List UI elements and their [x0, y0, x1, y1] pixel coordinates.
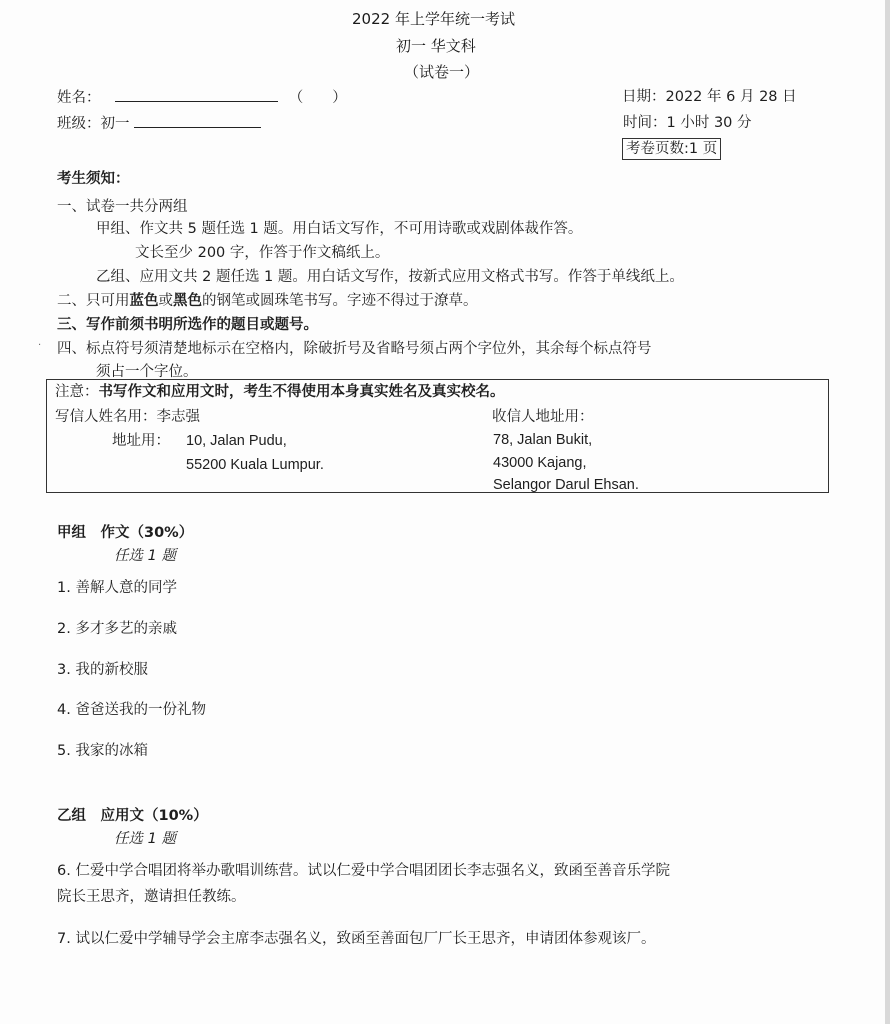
name-blank: [115, 87, 278, 102]
instruction-3: 三、写作前须书明所选作的题目或题号。: [57, 316, 318, 334]
essay-question-3: 3. 我的新校服: [57, 661, 148, 679]
letter-question-6: 6. 仁爱中学合唱团将举办歌唱训练营。试以仁爱中学合唱团团长李志强名义，致函至善…: [57, 862, 670, 880]
essay-question-2: 2. 多才多艺的亲戚: [57, 620, 177, 638]
section-b-title: 乙组 应用文（10%）: [57, 807, 208, 825]
instruction-2-prefix: 二、只可用: [57, 293, 130, 309]
recipient-address-label: 收信人地址用：: [492, 408, 594, 426]
letter-question-6-cont: 院长王思齐，邀请担任教练。: [57, 888, 246, 906]
letter-question-7: 7. 试以仁爱中学辅导学会主席李志强名义，致函至善面包厂厂长王思齐，申请团体参观…: [57, 930, 655, 948]
section-a-subtitle: 任选 1 题: [114, 547, 176, 565]
class-label: 班级：初一: [57, 116, 130, 132]
sender-name: 写信人姓名用：李志强: [55, 408, 200, 426]
instruction-2-suffix: 的钢笔或圆珠笔书写。字迹不得过于潦草。: [202, 293, 478, 309]
exam-date: 日期：2022 年 6 月 28 日: [622, 88, 797, 106]
sender-name-label: 写信人姓名用：: [55, 409, 157, 425]
exam-paper: 2022 年上学年统一考试 初一 华文科 （试卷一） 姓名： （ ） 班级：初一…: [0, 0, 885, 1024]
instruction-1: 一、试卷一共分两组: [57, 198, 188, 216]
exam-title: 2022 年上学年统一考试: [352, 8, 515, 29]
name-field: 姓名： （ ）: [57, 87, 347, 107]
instruction-1a-cont: 文长至少 200 字，作答于作文稿纸上。: [135, 244, 389, 262]
class-blank: [134, 113, 261, 128]
instructions-heading: 考生须知：: [57, 170, 130, 188]
section-b-subtitle: 任选 1 题: [114, 830, 176, 848]
instruction-2-black: 黑色: [173, 293, 202, 309]
class-field: 班级：初一: [57, 113, 261, 133]
instruction-2: 二、只可用蓝色或黑色的钢笔或圆珠笔书写。字迹不得过于潦草。: [57, 292, 478, 310]
exam-subject: 初一 华文科: [396, 35, 476, 56]
recipient-address-line2: 43000 Kajang,: [493, 454, 587, 472]
exam-duration: 时间：1 小时 30 分: [623, 114, 752, 132]
paper-number: （试卷一）: [404, 61, 479, 82]
sender-name-value: 李志强: [157, 409, 201, 425]
recipient-address-line1: 78, Jalan Bukit,: [493, 431, 592, 449]
instruction-1a: 甲组、作文共 5 题任选 1 题。用白话文写作，不可用诗歌或戏剧体裁作答。: [96, 220, 582, 238]
essay-question-4: 4. 爸爸送我的一份礼物: [57, 701, 206, 719]
instruction-1b: 乙组、应用文共 2 题任选 1 题。用白话文写作，按新式应用文格式书写。作答于单…: [96, 268, 684, 286]
sender-address-line1: 10, Jalan Pudu,: [186, 432, 287, 450]
instruction-2-or: 或: [159, 293, 174, 309]
essay-question-5: 5. 我家的冰箱: [57, 742, 148, 760]
note-warning-text: 书写作文和应用文时，考生不得使用本身真实姓名及真实校名。: [99, 384, 505, 400]
name-label: 姓名：: [57, 90, 101, 106]
scan-mark: ·: [38, 340, 41, 351]
page-count-box: 考卷页数:1 页: [622, 138, 721, 160]
instruction-4: 四、标点符号须清楚地标示在空格内，除破折号及省略号须占两个字位外，其余每个标点符…: [57, 340, 652, 358]
note-label: 注意：: [55, 384, 99, 400]
sender-address-line2: 55200 Kuala Lumpur.: [186, 456, 324, 474]
page-edge-strip: [885, 0, 890, 1024]
class-number-paren: （ ）: [289, 90, 347, 106]
recipient-address-line3: Selangor Darul Ehsan.: [493, 476, 639, 494]
note-warning: 注意：书写作文和应用文时，考生不得使用本身真实姓名及真实校名。: [55, 383, 505, 401]
sender-address-label: 地址用：: [112, 432, 170, 450]
section-a-title: 甲组 作文（30%）: [57, 524, 193, 542]
instruction-2-blue: 蓝色: [130, 293, 159, 309]
essay-question-1: 1. 善解人意的同学: [57, 579, 177, 597]
